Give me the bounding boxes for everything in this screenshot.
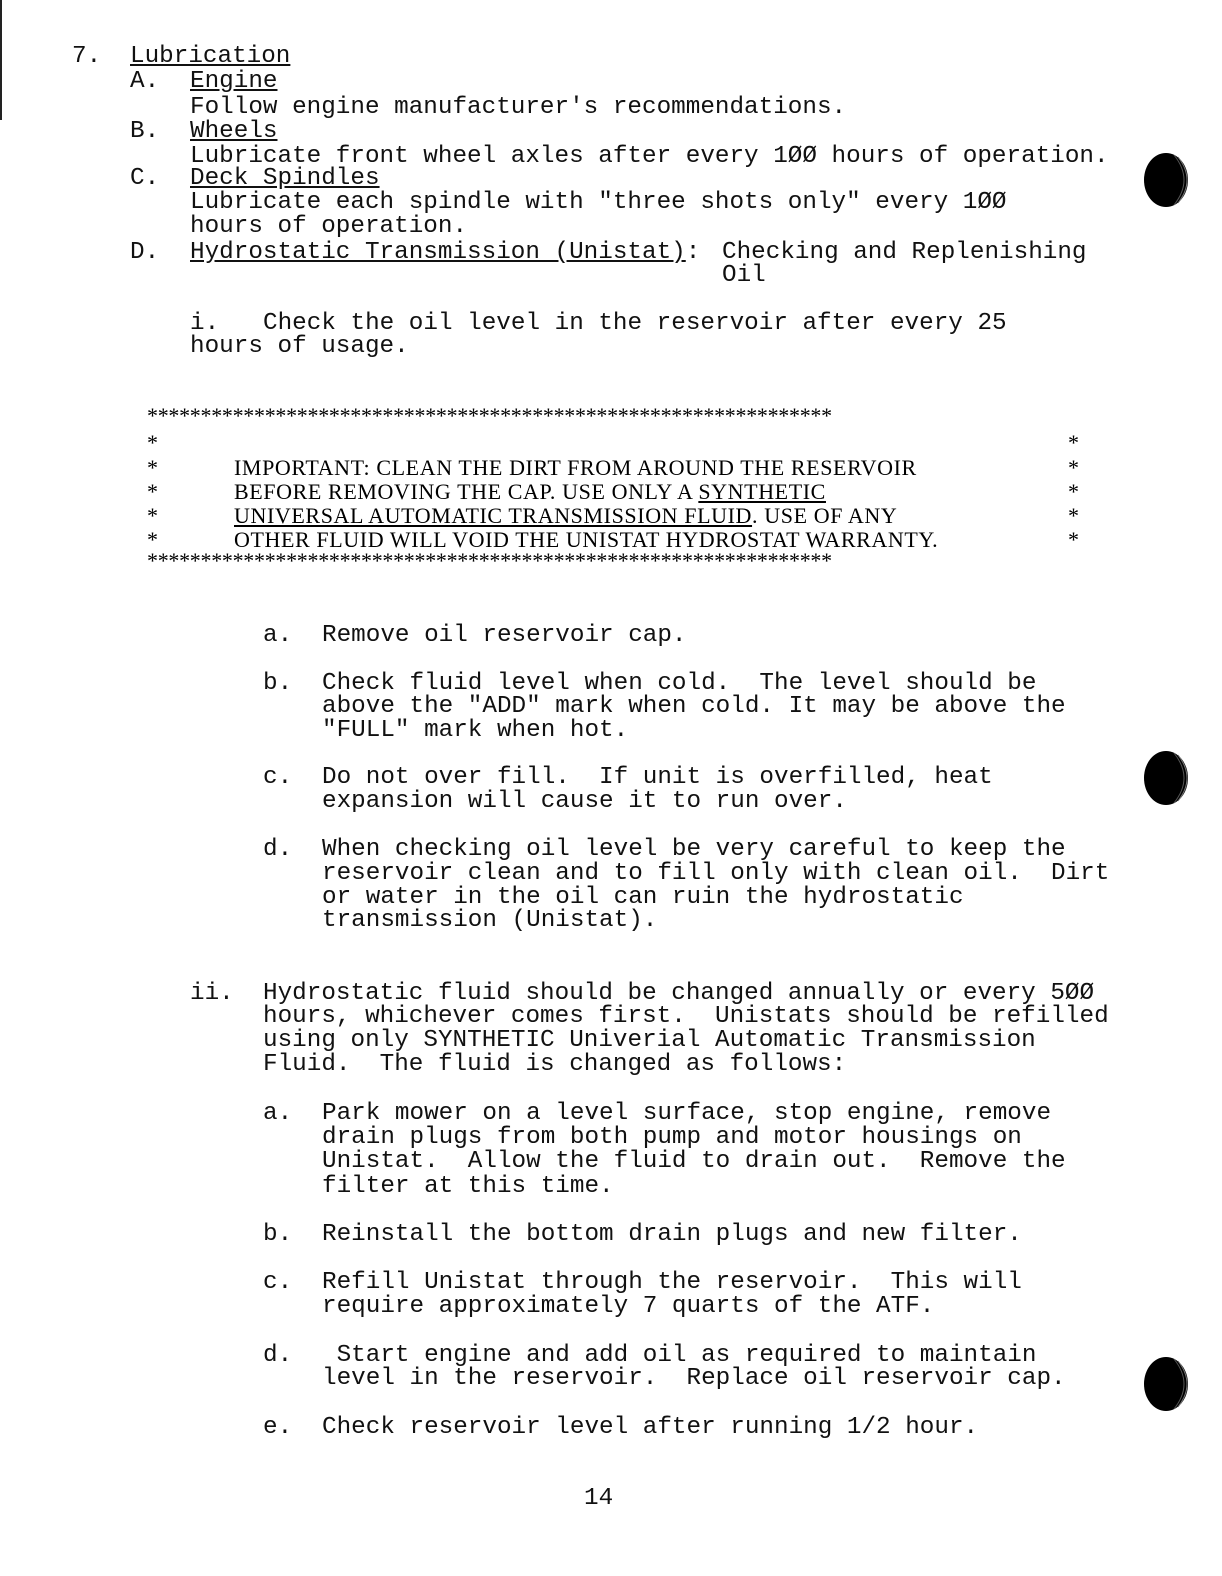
change-step-e-line1: Check reservoir level after running 1/2 … [322,1416,978,1440]
binder-hole-icon [1140,152,1196,208]
change-step-c-line2: require approximately 7 quarts of the AT… [322,1295,934,1319]
warning-star-right: * [1068,503,1080,529]
item-c-body-line1: Lubricate each spindle with "three shots… [190,191,1007,215]
step-ii-line2: hours, whichever comes first. Unistats s… [263,1005,1109,1029]
item-b-letter: B. [130,120,159,144]
check-step-b-line2: above the "ADD" mark when cold. It may b… [322,695,1066,719]
item-d-heading: Hydrostatic Transmission (Unistat) [190,239,686,266]
check-step-b-line3: "FULL" mark when hot. [322,719,628,743]
warning-text: BEFORE REMOVING THE CAP. USE ONLY A [234,479,698,504]
warning-line-3: UNIVERSAL AUTOMATIC TRANSMISSION FLUID. … [234,503,897,529]
check-step-a-letter: a. [263,624,292,648]
binder-hole-icon [1140,1356,1196,1412]
change-step-a-line3: Unistat. Allow the fluid to drain out. R… [322,1150,1066,1174]
change-step-e-letter: e. [263,1416,292,1440]
step-i-line2: hours of usage. [190,335,409,359]
binder-hole-icon [1140,750,1196,806]
item-a-heading: Engine [190,70,277,94]
change-step-c-line1: Refill Unistat through the reservoir. Th… [322,1271,1022,1295]
check-step-c-line1: Do not over fill. If unit is overfilled,… [322,766,993,790]
item-a-body: Follow engine manufacturer's recommendat… [190,96,846,120]
item-d-colon: : [686,239,701,266]
warning-text-underlined: UNIVERSAL AUTOMATIC TRANSMISSION FLUID [234,503,752,528]
scan-edge-line [0,0,2,120]
warning-star-right: * [1068,455,1080,481]
item-c-heading: Deck Spindles [190,167,380,191]
check-step-d-line4: transmission (Unistat). [322,909,657,933]
warning-line-2: BEFORE REMOVING THE CAP. USE ONLY A SYNT… [234,479,826,505]
step-ii-line4: Fluid. The fluid is changed as follows: [263,1053,846,1077]
warning-star-right: * [1068,479,1080,505]
change-step-d-line2: level in the reservoir. Replace oil rese… [322,1367,1066,1391]
warning-star-left: * [147,455,159,481]
change-step-a-line2: drain plugs from both pump and motor hou… [322,1126,1022,1150]
section-title: Lubrication [130,45,290,69]
check-step-a-line1: Remove oil reservoir cap. [322,624,687,648]
page-number: 14 [584,1487,613,1511]
warning-star-right: * [1068,527,1080,553]
step-ii-line3: using only SYNTHETIC Univerial Automatic… [263,1029,1036,1053]
warning-star-right: * [1068,430,1080,456]
change-step-a-letter: a. [263,1102,292,1126]
check-step-d-letter: d. [263,838,292,862]
item-c-body-line2: hours of operation. [190,215,467,239]
item-b-heading: Wheels [190,120,277,144]
change-step-d-letter: d. [263,1344,292,1368]
check-step-d-line2: reservoir clean and to fill only with cl… [322,862,1109,886]
item-a-letter: A. [130,70,159,94]
change-step-b-line1: Reinstall the bottom drain plugs and new… [322,1223,1022,1247]
warning-text-underlined: SYNTHETIC [698,479,826,504]
warning-star-left: * [147,430,159,456]
change-step-b-letter: b. [263,1223,292,1247]
warning-border-bottom: ****************************************… [147,548,832,574]
warning-border-top: ****************************************… [147,403,832,429]
change-step-a-line1: Park mower on a level surface, stop engi… [322,1102,1051,1126]
warning-star-left: * [147,503,159,529]
item-c-letter: C. [130,167,159,191]
warning-star-left: * [147,479,159,505]
check-step-c-letter: c. [263,766,292,790]
check-step-b-letter: b. [263,672,292,696]
change-step-c-letter: c. [263,1271,292,1295]
item-d-letter: D. [130,241,159,265]
item-d-subtitle-line2: Oil [722,264,766,288]
section-number: 7. [72,45,101,69]
warning-line-1: IMPORTANT: CLEAN THE DIRT FROM AROUND TH… [234,455,917,481]
item-d-subtitle-line1: Checking and Replenishing [722,241,1087,265]
change-step-a-line4: filter at this time. [322,1175,614,1199]
warning-text: IMPORTANT: CLEAN THE DIRT FROM AROUND TH… [234,455,917,480]
step-ii-numeral: ii. [190,982,234,1006]
warning-text: . USE OF ANY [752,503,897,528]
check-step-c-line2: expansion will cause it to run over. [322,790,847,814]
check-step-d-line1: When checking oil level be very careful … [322,838,1066,862]
item-d-heading-wrap: Hydrostatic Transmission (Unistat): [190,241,700,265]
